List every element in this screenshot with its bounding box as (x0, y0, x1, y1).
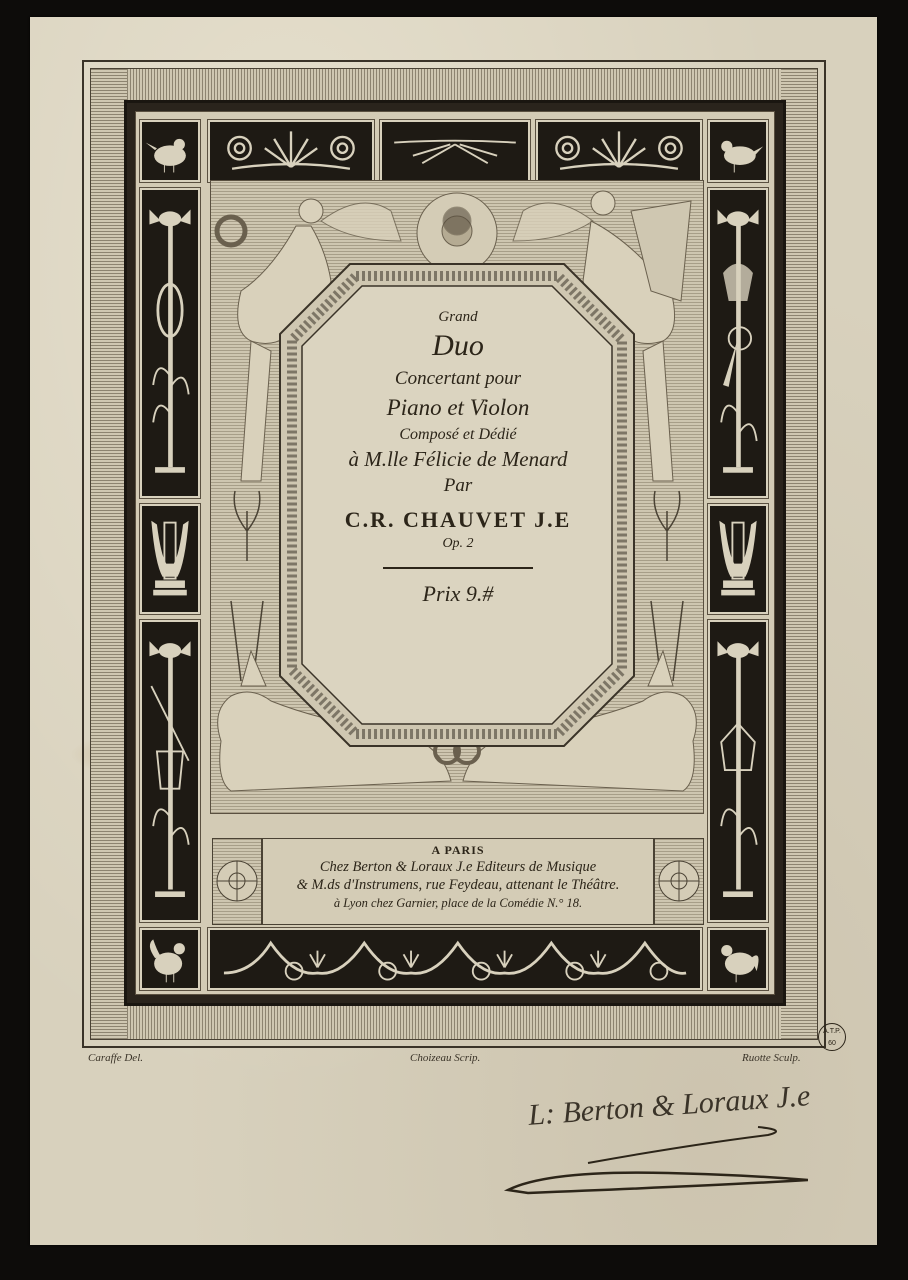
signature-flourish-icon (488, 1075, 808, 1200)
swag-wreath-icon (210, 930, 700, 988)
trophy-icon (710, 190, 766, 496)
corner-panel-top-right (708, 120, 768, 182)
imprint-line-3: à Lyon chez Garnier, place de la Comédie… (263, 894, 653, 912)
scroll-palmette-icon (538, 122, 700, 180)
side-panel-right-upper (708, 188, 768, 498)
credit-engraver: Ruotte Sculp. (742, 1052, 801, 1064)
trophy-icon (710, 622, 766, 920)
trophy-icon (142, 622, 198, 920)
price: Prix 9.# (300, 583, 616, 605)
title-instruments: Piano et Violon (300, 396, 616, 419)
frieze-bottom (208, 928, 702, 990)
dove-icon (710, 930, 766, 988)
hatched-band-right (781, 69, 817, 1039)
side-panel-left-upper (140, 188, 200, 498)
frieze-top-right (536, 120, 702, 182)
composer-name: C.R. CHAUVET J.E (300, 509, 616, 531)
dove-icon (142, 122, 198, 180)
title-grand: Grand (300, 310, 616, 325)
title-concertant: Concertant pour (300, 369, 616, 388)
title-par: Par (300, 476, 616, 495)
imprint-line-2: & M.ds d'Instrumens, rue Feydeau, attena… (263, 876, 653, 894)
palmette-stand-right (651, 491, 683, 681)
publisher-imprint: A PARIS Chez Berton & Loraux J.e Editeur… (262, 838, 654, 925)
sun-mask-icon (417, 193, 497, 273)
hatched-band-left (91, 69, 127, 1039)
rooster-icon (142, 930, 198, 988)
side-panel-right-lyre (708, 504, 768, 614)
title-duo: Duo (300, 331, 616, 361)
side-panel-right-lower (708, 620, 768, 922)
scroll-palmette-icon (210, 122, 372, 180)
title-text: Grand Duo Concertant pour Piano et Violo… (300, 300, 616, 605)
publisher-signature: L: Berton & Loraux J.e (488, 1075, 808, 1200)
stamp-line-2: 60 (828, 1040, 836, 1047)
rosette-icon (213, 839, 261, 924)
side-panel-left-lower (140, 620, 200, 922)
corner-panel-bottom-right (708, 928, 768, 990)
frieze-top-center (380, 120, 530, 182)
imprint-line-1: Chez Berton & Loraux J.e Editeurs de Mus… (263, 858, 653, 876)
library-stamp: A.T.P. 60 (818, 1023, 846, 1051)
lyre-icon (710, 506, 766, 612)
stamp-line-1: A.T.P. (823, 1028, 841, 1035)
rosette-icon (655, 839, 703, 924)
credit-designer: Caraffe Del. (88, 1052, 143, 1064)
opus-number: Op. 2 (300, 537, 616, 551)
corner-panel-bottom-left (140, 928, 200, 990)
credit-letter-engraver: Choizeau Scrip. (410, 1052, 480, 1064)
trophy-icon (142, 190, 198, 496)
palmette-stand-left (231, 491, 263, 681)
title-rule (383, 567, 533, 569)
frieze-top-left (208, 120, 374, 182)
corner-panel-top-left (140, 120, 200, 182)
imprint-city: A PARIS (263, 843, 653, 858)
lyre-icon (142, 506, 198, 612)
dedication: à M.lle Félicie de Menard (300, 449, 616, 470)
dove-icon (710, 122, 766, 180)
side-panel-left-lyre (140, 504, 200, 614)
medallion-left (212, 838, 262, 925)
wheat-ears-icon (382, 122, 528, 180)
medallion-right (654, 838, 704, 925)
title-compose: Composé et Dédié (300, 427, 616, 443)
